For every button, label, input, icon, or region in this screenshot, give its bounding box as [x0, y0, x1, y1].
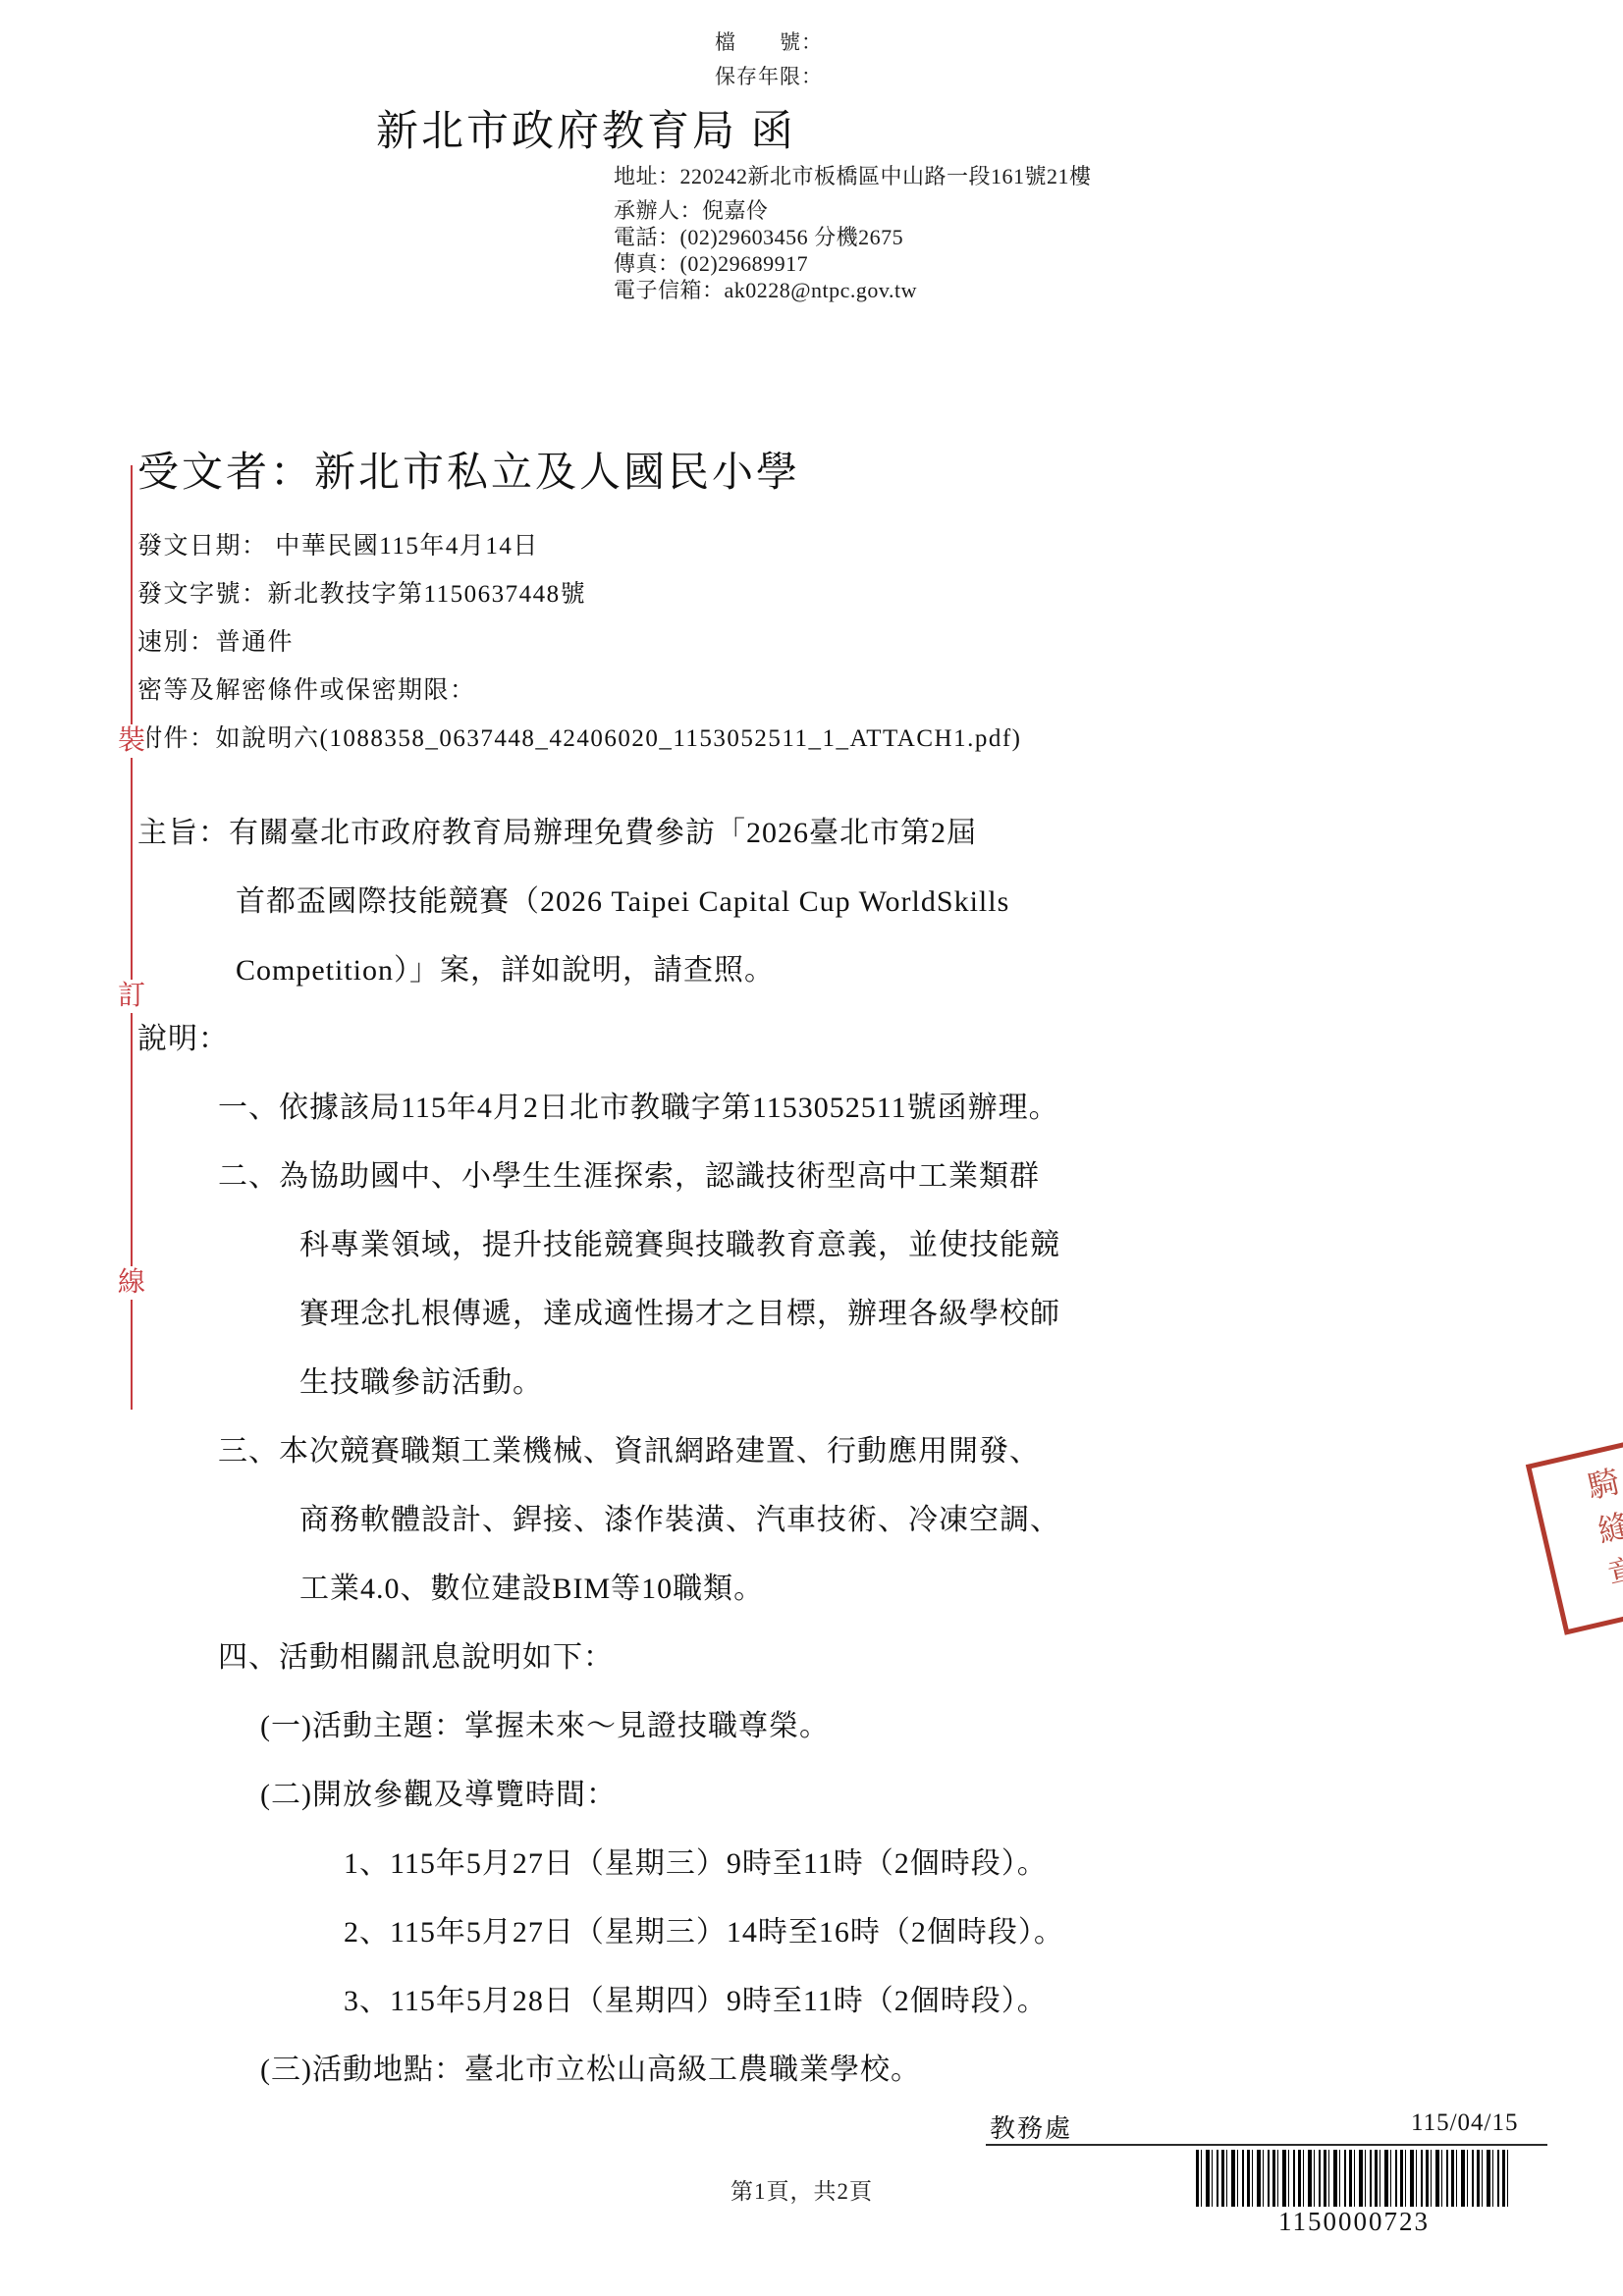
speed-class-line: 速別：普通件: [137, 618, 1021, 667]
department-date: 115/04/15: [1411, 2109, 1518, 2137]
page-seam-stamp: 騎縫章: [1526, 1433, 1623, 1634]
body-line: 一、依據該局115年4月2日北市教職字第1153052511號函辦理。: [137, 1074, 1064, 1143]
sender-contact-person: 承辦人：倪嘉伶: [614, 197, 1092, 224]
body-text: 主旨：有關臺北市政府教育局辦理免費參訪「2026臺北市第2屆首都盃國際技能競賽（…: [137, 799, 1064, 2105]
body-line: 說明：: [137, 1005, 1064, 1074]
archive-label-block: 檔 號： 保存年限：: [715, 26, 823, 94]
body-line: 主旨：有關臺北市政府教育局辦理免費參訪「2026臺北市第2屆: [137, 799, 1064, 868]
body-line: (二)開放參觀及導覽時間：: [137, 1761, 1064, 1830]
body-line: 3、115年5月28日（星期四）9時至11時（2個時段）。: [137, 1967, 1064, 2036]
body-line: 二、為協助國中、小學生生涯探索，認識技術型高中工業類群: [137, 1143, 1064, 1211]
binding-mark-zhuang: 裝: [116, 724, 147, 758]
body-line: 商務軟體設計、銲接、漆作裝潢、汽車技術、冷凍空調、: [137, 1486, 1064, 1555]
body-line: 工業4.0、數位建設BIM等10職類。: [137, 1555, 1064, 1624]
sender-fax: 傳真：(02)29689917: [614, 250, 1092, 277]
body-line: 1、115年5月27日（星期三）9時至11時（2個時段）。: [137, 1830, 1064, 1898]
sender-info-block: 地址：220242新北市板橋區中山路一段161號21樓 承辦人：倪嘉伶 電話：(…: [614, 163, 1092, 303]
sender-email: 電子信箱：ak0228@ntpc.gov.tw: [614, 277, 1092, 303]
body-line: 生技職參訪活動。: [137, 1349, 1064, 1417]
official-letter-page: 檔 號： 保存年限： 新北市政府教育局 函 地址：220242新北市板橋區中山路…: [0, 0, 1623, 2296]
page-number-info: 第1頁，共2頁: [730, 2173, 873, 2206]
registry-barcode-number: 1150000723: [1196, 2207, 1512, 2237]
sender-phone: 電話：(02)29603456 分機2675: [614, 224, 1092, 250]
body-line: (一)活動主題：掌握未來～見證技職尊榮。: [137, 1692, 1064, 1761]
recipient-line: 受文者：新北市私立及人國民小學: [137, 440, 800, 499]
binding-mark-ding: 訂: [116, 980, 147, 1013]
body-line: 首都盃國際技能競賽（2026 Taipei Capital Cup WorldS…: [137, 868, 1064, 936]
body-line: 2、115年5月27日（星期三）14時至16時（2個時段）。: [137, 1898, 1064, 1967]
signature-rule: [986, 2144, 1547, 2146]
body-line: 賽理念扎根傳遞，達成適性揚才之目標，辦理各級學校師: [137, 1280, 1064, 1349]
body-line: (三)活動地點：臺北市立松山高級工農職業學校。: [137, 2036, 1064, 2105]
file-number-label: 檔 號：: [715, 26, 823, 60]
sender-address: 地址：220242新北市板橋區中山路一段161號21樓: [614, 163, 1092, 189]
registry-barcode: [1196, 2150, 1512, 2207]
retention-period-label: 保存年限：: [715, 60, 823, 94]
department-label: 教務處: [990, 2109, 1072, 2145]
body-line: Competition）」案，詳如說明，請查照。: [137, 936, 1064, 1005]
body-line: 三、本次競賽職類工業機械、資訊網路建置、行動應用開發、: [137, 1417, 1064, 1486]
body-line: 科專業領域，提升技能競賽與技職教育意義，並使技能競: [137, 1211, 1064, 1280]
document-title: 新北市政府教育局 函: [376, 98, 796, 158]
binding-mark-xian: 線: [116, 1266, 147, 1300]
attachment-line: 附件：如說明六(1088358_0637448_42406020_1153052…: [137, 715, 1021, 763]
issue-date-line: 發文日期： 中華民國115年4月14日: [137, 522, 1021, 570]
seam-stamp-text: 騎縫章: [1576, 1464, 1623, 1606]
body-line: 四、活動相關訊息說明如下：: [137, 1624, 1064, 1692]
meta-block: 發文日期： 中華民國115年4月14日 發文字號：新北教技字第115063744…: [137, 522, 1021, 763]
doc-number-line: 發文字號：新北教技字第1150637448號: [137, 570, 1021, 618]
security-class-line: 密等及解密條件或保密期限：: [137, 667, 1021, 715]
